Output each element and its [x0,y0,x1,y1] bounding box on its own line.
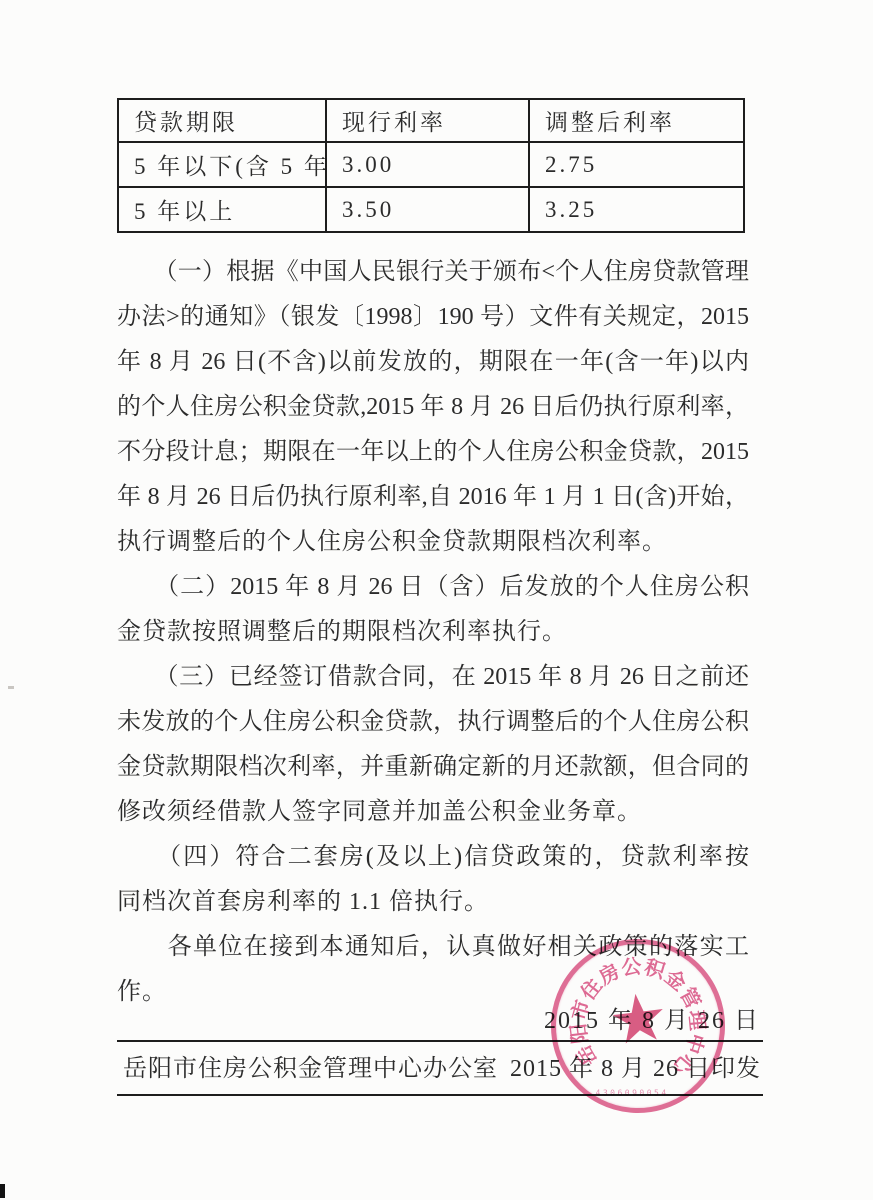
body-line: （一）根据《中国人民银行关于颁布<个人住房贷款管理 [117,250,749,295]
table-cell: 2.75 [529,142,744,187]
table-row: 5 年以上3.503.25 [118,187,744,232]
body-text: （一）根据《中国人民银行关于颁布<个人住房贷款管理办法>的通知》（银发〔1998… [117,250,749,1015]
table-cell: 3.25 [529,187,744,232]
scanned-notice-page: 贷款期限现行利率调整后利率5 年以下(含 5 年)3.002.755 年以上3.… [0,0,873,1200]
scan-edge-mark [0,1184,5,1198]
table-header-row: 贷款期限现行利率调整后利率 [118,99,744,142]
table-cell: 3.00 [326,142,529,187]
table-cell: 3.50 [326,187,529,232]
table-header-cell: 调整后利率 [529,99,744,142]
body-line: 金贷款期限档次利率，并重新确定新的月还款额，但合同的 [117,745,749,790]
table-header-cell: 现行利率 [326,99,529,142]
table-header-cell: 贷款期限 [118,99,326,142]
body-line: 金贷款按照调整后的期限档次利率执行。 [117,610,749,655]
issuing-office: 岳阳市住房公积金管理中心办公室 [117,1049,498,1089]
body-line: 执行调整后的个人住房公积金贷款期限档次利率。 [117,520,749,565]
body-line: 未发放的个人住房公积金贷款，执行调整后的个人住房公积 [117,700,749,745]
body-line: 办法>的通知》（银发〔1998〕190 号）文件有关规定，2015 [117,295,749,340]
loan-rate-table: 贷款期限现行利率调整后利率5 年以下(含 5 年)3.002.755 年以上3.… [117,98,745,233]
body-line: 修改须经借款人签字同意并加盖公积金业务章。 [117,790,749,835]
body-line: （四）符合二套房(及以上)信贷政策的，贷款利率按 [117,835,749,880]
table-cell: 5 年以上 [118,187,326,232]
footer-row: 岳阳市住房公积金管理中心办公室 2015 年 8 月 26 日印发 [117,1049,763,1089]
table-cell: 5 年以下(含 5 年) [118,142,326,187]
footer-rule-top [117,1040,763,1042]
body-line: 的个人住房公积金贷款,2015 年 8 月 26 日后仍执行原利率， [117,385,749,430]
body-line: （三）已经签订借款合同，在 2015 年 8 月 26 日之前还 [117,655,749,700]
scan-speck [8,686,14,689]
print-date: 2015 年 8 月 26 日印发 [510,1049,763,1089]
table-row: 5 年以下(含 5 年)3.002.75 [118,142,744,187]
signature-date: 2015 年 8 月 26 日 [544,1000,760,1035]
body-line: 年 8 月 26 日后仍执行原利率,自 2016 年 1 月 1 日(含)开始， [117,475,749,520]
body-line: 各单位在接到本通知后，认真做好相关政策的落实工 [117,925,749,970]
footer-rule-bottom [117,1094,763,1096]
body-line: 同档次首套房利率的 1.1 倍执行。 [117,880,749,925]
loan-rate-table-body: 贷款期限现行利率调整后利率5 年以下(含 5 年)3.002.755 年以上3.… [118,99,744,232]
body-line: 不分段计息；期限在一年以上的个人住房公积金贷款，2015 [117,430,749,475]
body-line: 年 8 月 26 日(不含)以前发放的，期限在一年(含一年)以内 [117,340,749,385]
body-line: （二）2015 年 8 月 26 日（含）后发放的个人住房公积 [117,565,749,610]
